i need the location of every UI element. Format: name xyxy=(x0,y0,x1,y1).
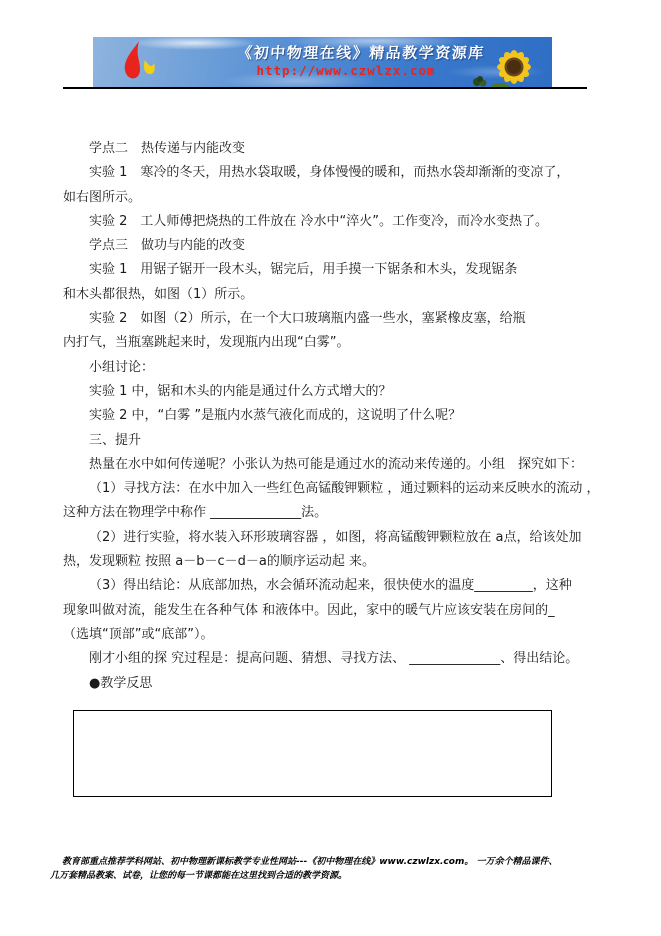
text-line: 刚才小组的探 究过程是：提高问题、猜想、寻找方法、 ______________… xyxy=(63,647,608,671)
text-line: （1）寻找方法：在水中加入一些红色高锰酸钾颗粒 ，通过颗料的运动来反映水的流动 … xyxy=(63,477,608,501)
text-line: 学点三 做功与内能的改变 xyxy=(63,234,608,258)
text-line: 实验 1 用锯子锯开一段木头，锯完后，用手摸一下锯条和木头，发现锯条 xyxy=(63,258,608,282)
text-line: 内打气，当瓶塞跳起来时，发现瓶内出现“白雾”。 xyxy=(63,331,608,355)
site-url-link[interactable]: http://www.czwlzx.com xyxy=(191,63,501,78)
text-line: （选填“顶部”或“底部”）。 xyxy=(63,623,608,647)
text-line: 热量在水中如何传递呢？小张认为热可能是通过水的流动来传递的。小组 探究如下： xyxy=(63,453,608,477)
document-text: 学点二 热传递与内能改变实验 1 寒冷的冬天，用热水袋取暖，身体慢慢的暖和，而热… xyxy=(63,137,608,696)
footer-line-1: 教育部重点推荐学科网站、初中物理新课标教学专业性网站---《初中物理在线》www… xyxy=(50,856,630,870)
sunflower-icon xyxy=(486,41,546,87)
text-line: 三、提升 xyxy=(63,429,608,453)
text-line: 实验 2 如图（2）所示，在一个大口玻璃瓶内盛一些水，塞紧橡皮塞，给瓶 xyxy=(63,307,608,331)
text-line: 实验 2 工人师傅把烧热的工件放在 冷水中“淬火”。工作变冷，而冷水变热了。 xyxy=(63,210,608,234)
text-line: （2）进行实验，将水装入环形玻璃容器 ，如图，将高锰酸钾颗粒放在 a点，给该处加 xyxy=(63,526,608,550)
text-line: 实验 1 寒冷的冬天，用热水袋取暖，身体慢慢的暖和，而热水袋却渐渐的变凉了， xyxy=(63,161,608,185)
flame-logo-icon xyxy=(115,40,171,86)
site-title: 《初中物理在线》精品教学资源库 xyxy=(190,42,531,63)
text-line: 现象叫做对流，能发生在各种气体 和液体中。因此，家中的暖气片应该安装在房间的_ xyxy=(63,599,608,623)
header-divider-line xyxy=(63,87,587,89)
text-line: 小组讨论： xyxy=(63,356,608,380)
footer-line-2: 几万套精品教案、试卷，让您的每一节课都能在这里找到合适的教学资源。 xyxy=(50,870,630,884)
text-line: （3）得出结论：从底部加热，水会循环流动起来，很快使水的温度_________，… xyxy=(63,574,608,598)
page-footer: 教育部重点推荐学科网站、初中物理新课标教学专业性网站---《初中物理在线》www… xyxy=(50,856,630,883)
text-line: 热，发现颗粒 按照 a－b－c－d－a的顺序运动起 来。 xyxy=(63,550,608,574)
header-banner: 《初中物理在线》精品教学资源库 http://www.czwlzx.com xyxy=(93,37,552,87)
text-line: 和木头都很热，如图（1）所示。 xyxy=(63,283,608,307)
text-line: 实验 1 中，锯和木头的内能是通过什么方式增大的？ xyxy=(63,380,608,404)
text-line: ●教学反思 xyxy=(63,672,608,696)
document-page: { "header": { "site_title": "《初中物理在线》精品教… xyxy=(0,0,661,936)
text-line: 如右图所示。 xyxy=(63,186,608,210)
reflection-box[interactable] xyxy=(73,710,552,797)
text-line: 这种方法在物理学中称作 ______________法。 xyxy=(63,501,608,525)
text-line: 学点二 热传递与内能改变 xyxy=(63,137,608,161)
text-line: 实验 2 中，“白雾 ”是瓶内水蒸气液化而成的，这说明了什么呢？ xyxy=(63,404,608,428)
